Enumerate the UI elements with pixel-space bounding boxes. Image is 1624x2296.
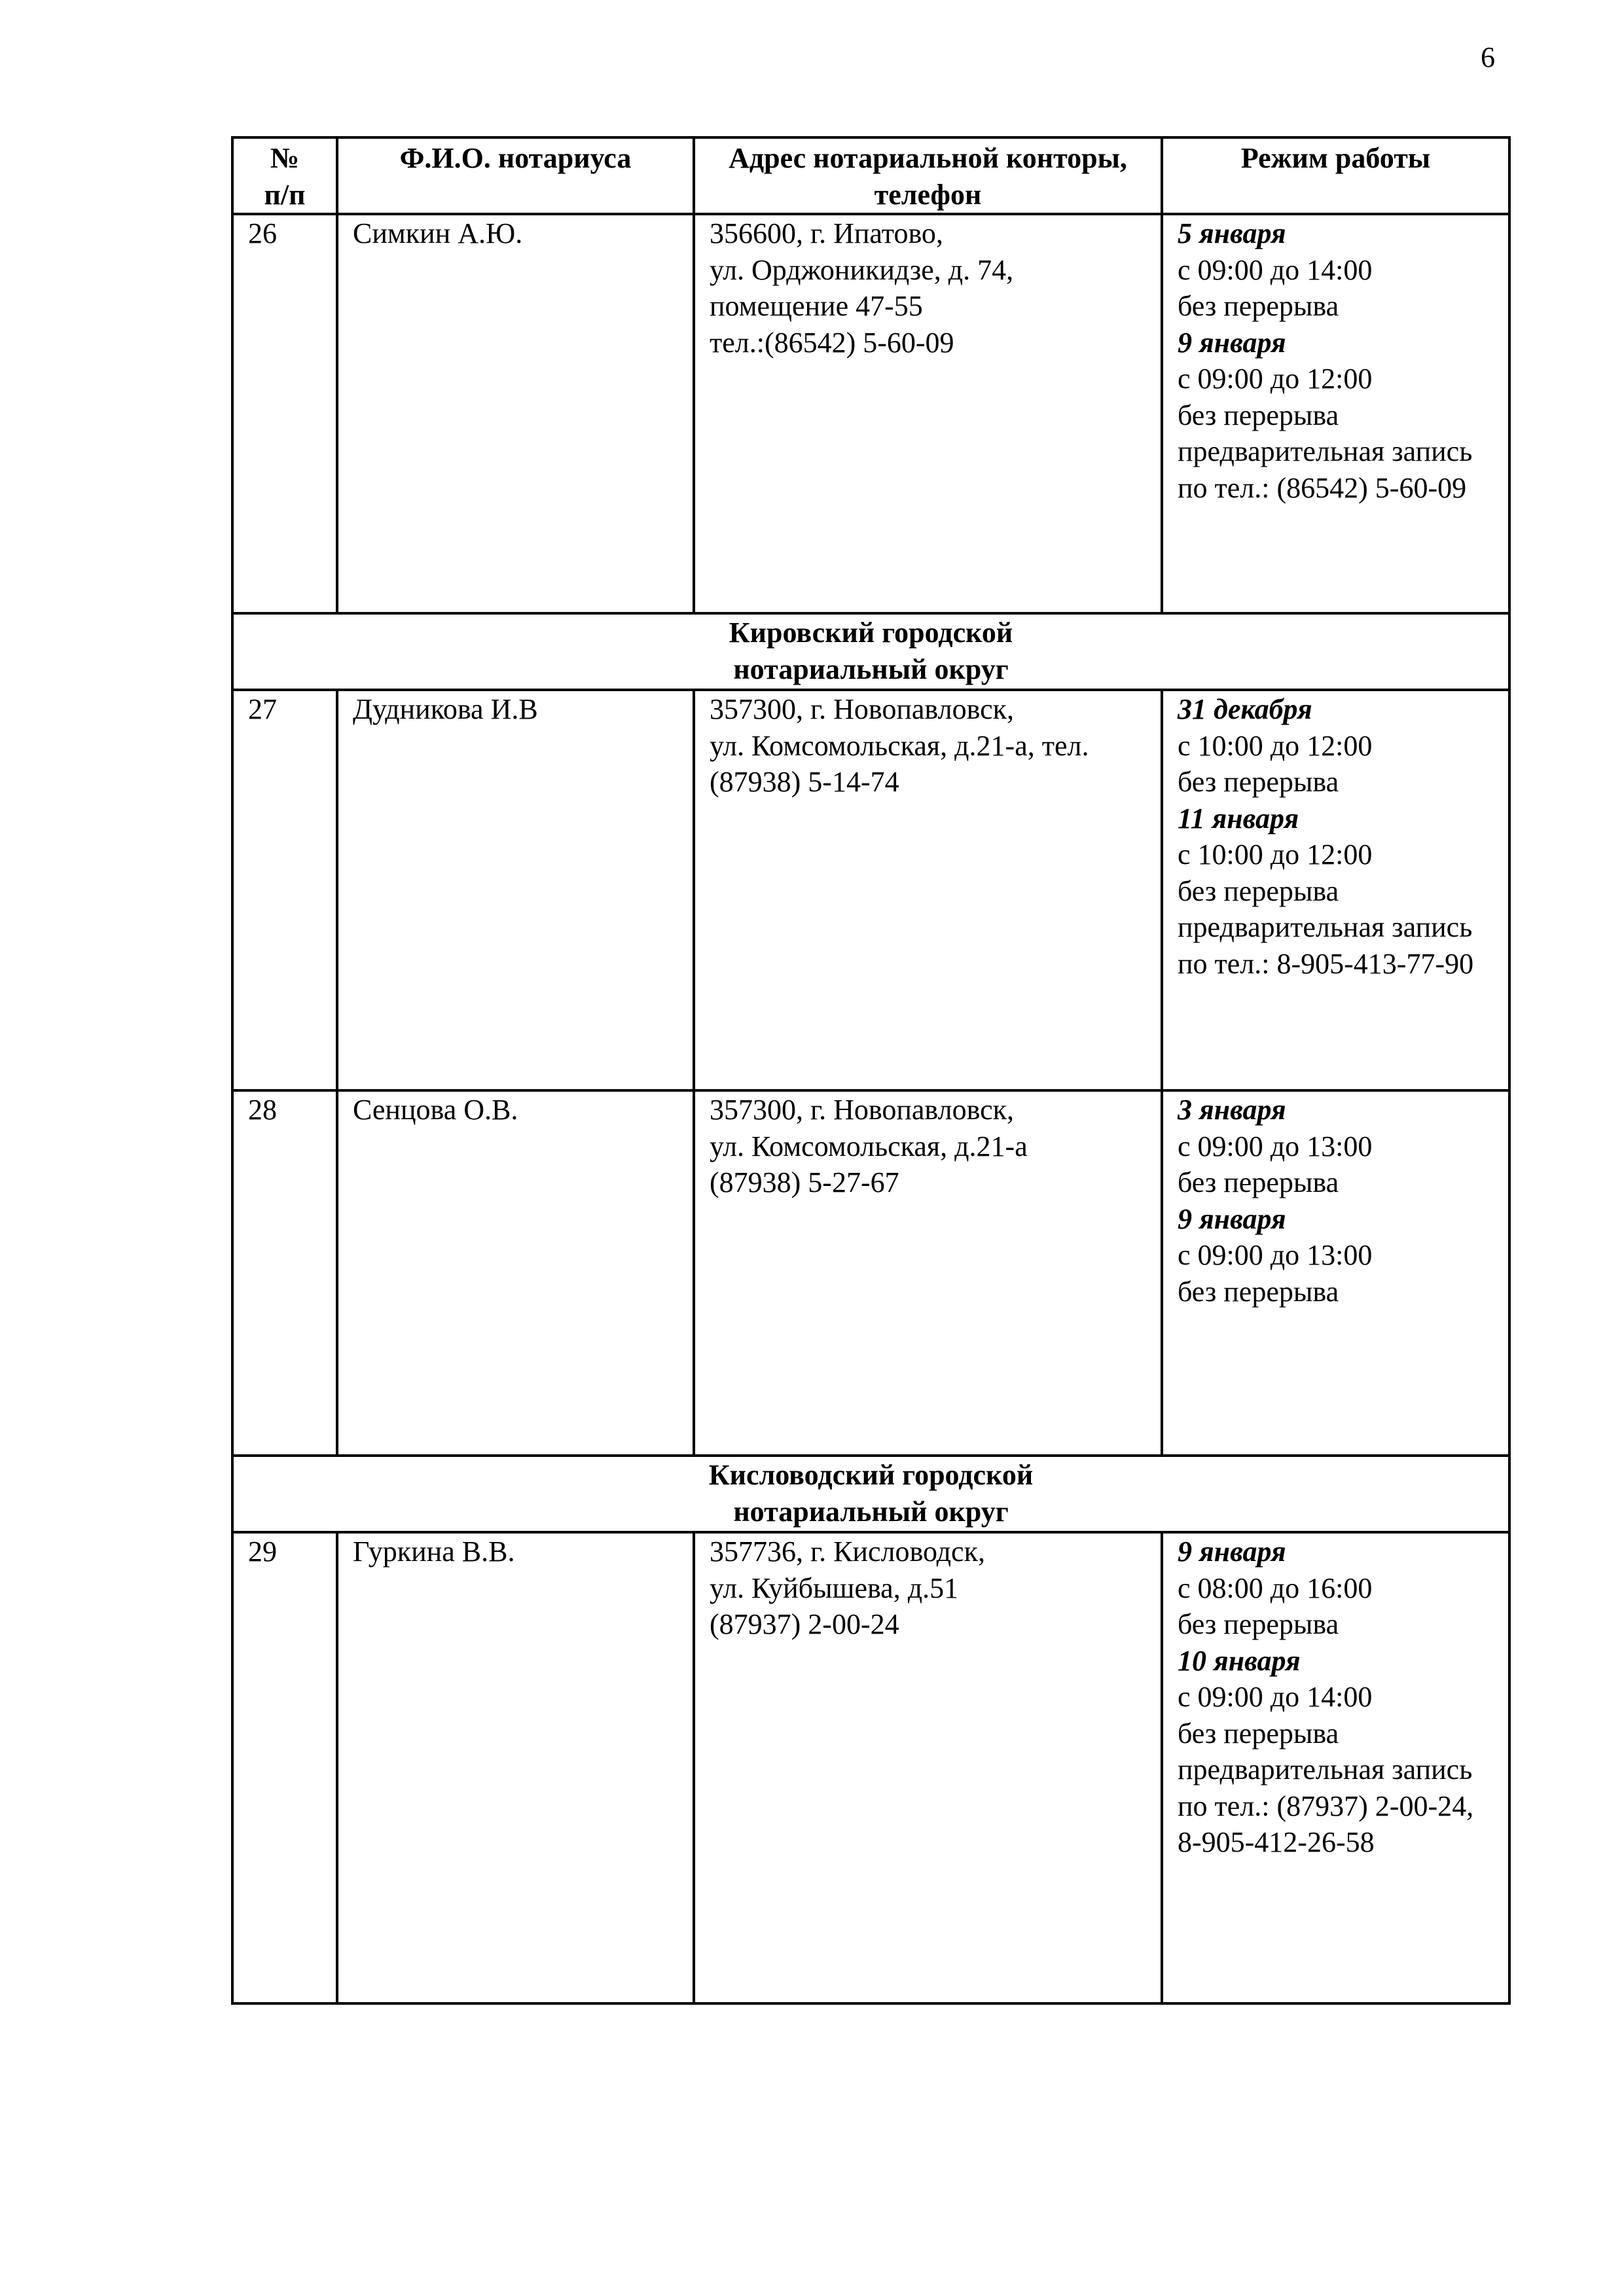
schedule-line: с 08:00 до 16:00 [1178,1570,1508,1607]
table-header-row: №п/п Ф.И.О. нотариуса Адрес нотариальной… [232,137,1509,214]
district-title: Кисловодский городскойнотариальный округ [232,1456,1509,1532]
schedule-line: с 10:00 до 12:00 [1178,728,1508,764]
notary-name: Сенцова О.В. [337,1090,694,1456]
schedule-line: без перерыва [1178,873,1508,910]
work-schedule: 9 январяс 08:00 до 16:00без перерыва10 я… [1162,1532,1509,2003]
district-title-line: нотариальный округ [234,651,1508,688]
address-line: (87937) 2-00-24 [710,1606,1161,1643]
schedule-line: с 09:00 до 13:00 [1178,1128,1508,1165]
header-address-phone: Адрес нотариальной конторы,телефон [694,137,1162,214]
schedule-line: предварительная запись [1178,909,1508,946]
row-number: 26 [232,214,337,613]
office-address: 356600, г. Ипатово,ул. Орджоникидзе, д. … [694,214,1162,613]
address-line: 357736, г. Кисловодск, [710,1534,1161,1570]
table-row: 29Гуркина В.В.357736, г. Кисловодск,ул. … [232,1532,1509,2003]
schedule-line: предварительная запись [1178,433,1508,470]
schedule-date: 3 января [1178,1092,1508,1128]
schedule-line: с 09:00 до 12:00 [1178,361,1508,397]
notary-name: Симкин А.Ю. [337,214,694,613]
schedule-line: с 09:00 до 14:00 [1178,252,1508,289]
address-line: помещение 47-55 [710,288,1161,325]
address-line: тел.:(86542) 5-60-09 [710,325,1161,361]
district-title-line: нотариальный округ [234,1494,1508,1530]
schedule-line: по тел.: (87937) 2-00-24, [1178,1788,1508,1825]
schedule-line: без перерыва [1178,1274,1508,1310]
schedule-date: 5 января [1178,215,1508,252]
table-row: 27Дудникова И.В357300, г. Новопавловск,у… [232,690,1509,1090]
district-section-row: Кисловодский городскойнотариальный округ [232,1456,1509,1532]
header-text-line: № [234,140,336,177]
office-address: 357300, г. Новопавловск,ул. Комсомольска… [694,1090,1162,1456]
schedule-date: 10 января [1178,1643,1508,1679]
schedule-line: с 09:00 до 13:00 [1178,1237,1508,1274]
address-line: ул. Комсомольская, д.21-а, тел. [710,728,1161,764]
notary-name: Дудникова И.В [337,690,694,1090]
header-text-line: п/п [234,177,336,213]
row-number: 27 [232,690,337,1090]
address-line: (87938) 5-27-67 [710,1164,1161,1201]
header-text-line: телефон [695,177,1161,213]
district-section-row: Кировский городскойнотариальный округ [232,613,1509,690]
district-title-line: Кисловодский городской [234,1457,1508,1494]
work-schedule: 3 январяс 09:00 до 13:00без перерыва9 ян… [1162,1090,1509,1456]
schedule-line: с 09:00 до 14:00 [1178,1679,1508,1715]
schedule-date: 11 января [1178,800,1508,837]
notary-name: Гуркина В.В. [337,1532,694,2003]
office-address: 357300, г. Новопавловск,ул. Комсомольска… [694,690,1162,1090]
address-line: ул. Орджоникидзе, д. 74, [710,252,1161,289]
schedule-line: без перерыва [1178,1715,1508,1752]
header-num: №п/п [232,137,337,214]
address-line: 357300, г. Новопавловск, [710,1092,1161,1128]
schedule-date: 9 января [1178,1201,1508,1238]
address-line: (87938) 5-14-74 [710,764,1161,800]
work-schedule: 5 январяс 09:00 до 14:00без перерыва9 ян… [1162,214,1509,613]
district-title: Кировский городскойнотариальный округ [232,613,1509,690]
schedule-date: 9 января [1178,1534,1508,1570]
header-schedule: Режим работы [1162,137,1509,214]
schedule-line: без перерыва [1178,397,1508,434]
schedule-line: без перерыва [1178,1606,1508,1643]
address-line: ул. Куйбышева, д.51 [710,1570,1161,1607]
notary-schedule-table: №п/п Ф.И.О. нотариуса Адрес нотариальной… [231,136,1511,2005]
table-body: 26Симкин А.Ю.356600, г. Ипатово,ул. Ордж… [232,214,1509,2003]
table-row: 26Симкин А.Ю.356600, г. Ипатово,ул. Ордж… [232,214,1509,613]
schedule-line: без перерыва [1178,764,1508,800]
schedule-date: 9 января [1178,325,1508,361]
address-line: 356600, г. Ипатово, [710,215,1161,252]
header-notary-name: Ф.И.О. нотариуса [337,137,694,214]
page-number: 6 [1481,41,1495,74]
header-text-line: Режим работы [1163,140,1508,177]
address-line: 357300, г. Новопавловск, [710,691,1161,728]
header-text-line: Ф.И.О. нотариуса [338,140,693,177]
office-address: 357736, г. Кисловодск,ул. Куйбышева, д.5… [694,1532,1162,2003]
schedule-line: без перерыва [1178,1164,1508,1201]
header-text-line: Адрес нотариальной конторы, [695,140,1161,177]
table-row: 28Сенцова О.В.357300, г. Новопавловск,ул… [232,1090,1509,1456]
district-title-line: Кировский городской [234,615,1508,651]
schedule-date: 31 декабря [1178,691,1508,728]
row-number: 28 [232,1090,337,1456]
schedule-line: по тел.: 8-905-413-77-90 [1178,946,1508,982]
schedule-line: предварительная запись [1178,1751,1508,1788]
work-schedule: 31 декабряс 10:00 до 12:00без перерыва11… [1162,690,1509,1090]
address-line: ул. Комсомольская, д.21-а [710,1128,1161,1165]
row-number: 29 [232,1532,337,2003]
schedule-line: без перерыва [1178,288,1508,325]
schedule-line: по тел.: (86542) 5-60-09 [1178,470,1508,507]
schedule-line: 8-905-412-26-58 [1178,1824,1508,1861]
schedule-line: с 10:00 до 12:00 [1178,836,1508,873]
